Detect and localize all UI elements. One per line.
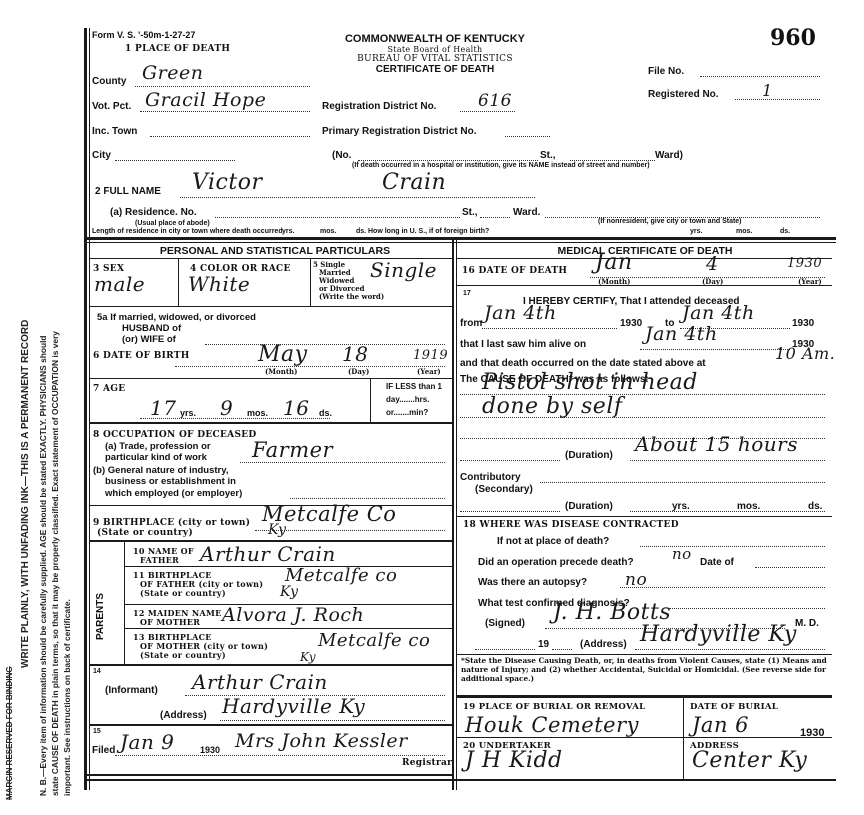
autopsy-field[interactable] <box>620 587 825 588</box>
foreign-birth-label: How long in U. S., if of foreign birth? <box>368 228 489 235</box>
physician-address-label: (Address) <box>580 639 627 650</box>
registrar-value: Mrs John Kessler <box>235 730 408 752</box>
file-no-field[interactable] <box>700 76 820 77</box>
cause-line2: done by self <box>482 394 623 419</box>
occurred-label: and that death occurred on the date stat… <box>460 358 706 369</box>
length-mos-label: mos. <box>320 228 336 235</box>
operation-label: Did an operation precede death? <box>478 557 634 568</box>
father-bp-city: Metcalfe co <box>285 565 397 586</box>
occurred-time: 10 Am. <box>775 344 835 363</box>
mother-value: Alvora J. Roch <box>222 604 364 626</box>
autopsy-label: Was there an autopsy? <box>478 577 587 588</box>
spouse-label-1: 5a If married, widowed, or divorced <box>97 312 256 323</box>
md-label: M. D. <box>795 618 819 629</box>
registered-no-label: Registered No. <box>648 89 719 100</box>
cause-line1: Pistol shot in head <box>482 370 698 395</box>
commonwealth-heading: COMMONWEALTH OF KENTUCKY <box>320 33 550 45</box>
registered-no-field[interactable] <box>735 99 820 100</box>
age-yrs: 17 <box>150 396 176 420</box>
county-label: County <box>92 76 126 87</box>
informant-value: Arthur Crain <box>192 670 328 694</box>
certificate-title: CERTIFICATE OF DEATH <box>320 64 550 75</box>
race-value: White <box>188 272 250 296</box>
inc-town-label: Inc. Town <box>92 126 137 137</box>
residence-st-label: St., <box>462 207 478 218</box>
test-field[interactable] <box>670 608 825 609</box>
dod-year: 1930 <box>787 256 822 271</box>
margin-reserved-text: MARGIN RESERVED FOR BINDING <box>5 666 14 800</box>
birthplace-field[interactable] <box>255 530 445 531</box>
dob-field[interactable] <box>175 366 445 367</box>
last-saw-label: that I last saw him alive on <box>460 339 586 350</box>
primary-reg-field[interactable] <box>505 136 550 137</box>
city-label: City <box>92 150 111 161</box>
secondary-label: (Secondary) <box>475 484 533 495</box>
hospital-note: (If death occurred in a hospital or inst… <box>352 162 650 169</box>
father-label-2: FATHER <box>140 555 179 565</box>
dob-month: May <box>258 342 308 367</box>
from-label: from <box>460 318 482 329</box>
operation-value: no <box>672 545 692 563</box>
birthplace-label-1: 9 BIRTHPLACE (city or town) <box>93 518 250 528</box>
year-prefix: 19 <box>538 639 549 650</box>
dob-year: 1919 <box>413 348 448 363</box>
from-year: 1930 <box>620 318 642 329</box>
duration2-yrs-label: yrs. <box>672 501 690 512</box>
spouse-label-3: (or) WIFE of <box>122 334 176 345</box>
margin-note-line2: state CAUSE OF DEATH in plain terms, so … <box>50 331 60 796</box>
from-value: Jan 4th <box>484 302 557 324</box>
undertaker-address-value: Center Ky <box>692 748 807 773</box>
filed-num: 15 <box>93 728 101 735</box>
parents-label: PARENTS <box>95 593 106 640</box>
residence-ward-label: Ward. <box>513 207 540 218</box>
reg-district-field[interactable] <box>460 111 515 112</box>
margin-note-line3: important. See instructions on back of c… <box>62 599 72 796</box>
full-name-last: Crain <box>382 170 446 195</box>
certificate-number: 960 <box>770 25 816 51</box>
industry-label-3: which employed (or employer) <box>105 488 242 499</box>
duration2-mos-label: mos. <box>737 501 760 512</box>
informant-num: 14 <box>93 668 101 675</box>
age-ds: 16 <box>283 396 309 420</box>
undertaker-value: J H Kidd <box>465 748 563 773</box>
mother-bp-label-3: (State or country) <box>140 650 226 660</box>
disease-footnote: *State the Disease Causing Death, or, in… <box>461 656 831 683</box>
vot-pct-value: Gracil Hope <box>145 89 266 111</box>
medical-section-title: MEDICAL CERTIFICATE OF DEATH <box>460 245 830 257</box>
trade-label-1: (a) Trade, profession or <box>105 441 211 452</box>
age-yrs-label: yrs. <box>180 408 196 418</box>
occupation-label: 8 OCCUPATION OF DECEASED <box>93 430 257 440</box>
age-mos: 9 <box>220 396 233 420</box>
margin-write-plainly-text: WRITE PLAINLY, WITH UNFADING INK—THIS IS… <box>20 320 31 668</box>
st-label: St., <box>540 150 556 161</box>
dod-month: Jan <box>595 250 633 275</box>
bureau-heading: BUREAU OF VITAL STATISTICS <box>320 54 550 64</box>
item17-num: 17 <box>463 290 471 297</box>
trade-field[interactable] <box>240 462 445 463</box>
marital-label-5: (Write the word) <box>319 292 384 301</box>
dob-label: 6 DATE OF BIRTH <box>93 351 190 361</box>
ward-label: Ward) <box>655 150 683 161</box>
certificate-header: COMMONWEALTH OF KENTUCKY State Board of … <box>320 33 550 75</box>
physician-address-value: Hardyville Ky <box>640 622 797 647</box>
duration2-field[interactable] <box>630 511 825 512</box>
not-place-label: If not at place of death? <box>497 536 609 547</box>
dod-label: 16 DATE OF DEATH <box>462 266 567 276</box>
father-bp-state: Ky <box>280 584 298 600</box>
length-yrs-label: yrs. <box>282 228 294 235</box>
vot-pct-field[interactable] <box>140 111 310 112</box>
informant-address-label: (Address) <box>160 710 207 721</box>
filed-label: Filed <box>92 745 115 756</box>
to-year: 1930 <box>792 318 814 329</box>
contributory-field[interactable] <box>540 482 825 483</box>
filed-year: 1930 <box>200 745 220 755</box>
primary-reg-label: Primary Registration District No. <box>322 126 476 137</box>
full-name-label: 2 FULL NAME <box>95 186 161 197</box>
date-of-label: Date of <box>700 557 734 568</box>
no-label: (No. <box>332 150 351 161</box>
day-hrs-label: day.......hrs. <box>386 395 429 404</box>
father-value: Arthur Crain <box>200 542 336 566</box>
vot-pct-label: Vot. Pct. <box>92 101 131 112</box>
burial-place-label: 19 PLACE OF BURIAL OR REMOVAL <box>463 702 645 712</box>
length-residence-label: Length of residence in city or town wher… <box>92 228 283 235</box>
mother-bp-city: Metcalfe co <box>318 630 430 651</box>
dob-year-caption: (Year) <box>417 367 441 376</box>
section-divider <box>84 237 836 240</box>
where-contracted-label: 18 WHERE WAS DISEASE CONTRACTED <box>463 520 679 530</box>
or-min-label: or.......min? <box>386 408 428 417</box>
registrar-label: Registrar <box>402 758 452 768</box>
date-of-field[interactable] <box>755 567 825 568</box>
foreign-mos-label: mos. <box>736 228 752 235</box>
street-no-field[interactable] <box>358 160 538 161</box>
informant-address-value: Hardyville Ky <box>222 694 365 718</box>
foreign-ds-label: ds. <box>780 228 790 235</box>
last-saw-value: Jan 4th <box>645 323 718 345</box>
burial-date-label: DATE OF BURIAL <box>690 702 778 712</box>
nonresident-note: (If nonresident, give city or town and S… <box>598 218 742 225</box>
ward-field[interactable] <box>570 160 655 161</box>
burial-place-value: Houk Cemetery <box>465 713 639 737</box>
form-code: Form V. S. '-50m-1-27-27 <box>92 30 195 40</box>
not-place-field[interactable] <box>640 546 825 547</box>
trade-value: Farmer <box>252 438 333 462</box>
usual-abode-note: (Usual place of abode) <box>135 220 210 227</box>
spouse-label-2: HUSBAND of <box>122 323 181 334</box>
last-saw-field[interactable] <box>640 349 790 350</box>
full-name-field[interactable] <box>180 197 535 198</box>
residence-label: (a) Residence. No. <box>110 207 197 218</box>
age-label: 7 AGE <box>93 384 125 394</box>
sex-value: male <box>94 272 145 296</box>
dod-day: 4 <box>706 253 719 275</box>
registered-no-value: 1 <box>762 81 773 100</box>
left-border <box>84 28 87 790</box>
from-field[interactable] <box>482 328 617 329</box>
age-ds-label: ds. <box>319 408 332 418</box>
board-heading: State Board of Health <box>320 45 550 54</box>
column-divider <box>452 240 454 790</box>
marital-value: Single <box>370 258 437 282</box>
foreign-yrs-label: yrs. <box>690 228 702 235</box>
birthplace-label-2: (State or country) <box>97 528 193 538</box>
duration2-ds-label: ds. <box>808 501 822 512</box>
industry-label-1: (b) General nature of industry, <box>93 465 228 476</box>
industry-field[interactable] <box>290 498 445 499</box>
duration-value: About 15 hours <box>635 432 798 456</box>
father-bp-label-3: (State or country) <box>140 588 226 598</box>
place-of-death-heading: 1 PLACE OF DEATH <box>125 44 230 54</box>
informant-label: (Informant) <box>105 685 158 696</box>
reg-district-value: 616 <box>478 91 512 111</box>
file-no-label: File No. <box>648 66 684 77</box>
duration-field[interactable] <box>630 460 825 461</box>
informant-address-field[interactable] <box>220 720 445 721</box>
residence-no-field[interactable] <box>215 217 460 218</box>
filed-field[interactable] <box>115 755 445 756</box>
less-than-label: IF LESS than 1 <box>386 382 442 391</box>
age-field[interactable] <box>140 418 330 419</box>
personal-section-title: PERSONAL AND STATISTICAL PARTICULARS <box>110 245 440 257</box>
duration-label: (Duration) <box>565 450 613 461</box>
mother-label-2: OF MOTHER <box>140 617 200 627</box>
city-field[interactable] <box>115 160 235 161</box>
duration2-label: (Duration) <box>565 501 613 512</box>
dob-day-caption: (Day) <box>348 367 369 376</box>
physician-address-field[interactable] <box>635 649 825 650</box>
inc-town-field[interactable] <box>150 136 310 137</box>
spouse-field[interactable] <box>205 344 445 345</box>
to-value: Jan 4th <box>682 302 755 324</box>
length-ds-label: ds. <box>356 228 366 235</box>
dob-day: 18 <box>342 342 368 366</box>
full-name-first: Victor <box>192 170 262 195</box>
signed-label: (Signed) <box>485 618 525 629</box>
filed-date: Jan 9 <box>120 730 174 754</box>
autopsy-value: no <box>625 570 647 590</box>
industry-label-2: business or establishment in <box>105 476 236 487</box>
margin-note-line1: N. B.—Every item of information should b… <box>38 335 48 796</box>
reg-district-label: Registration District No. <box>322 101 436 112</box>
trade-label-2: particular kind of work <box>105 452 207 463</box>
contributory-label: Contributory <box>460 472 521 483</box>
county-field[interactable] <box>135 86 310 87</box>
age-mos-label: mos. <box>247 408 268 418</box>
county-value: Green <box>142 62 204 84</box>
dob-month-caption: (Month) <box>265 367 297 376</box>
burial-date-value: Jan 6 <box>692 713 749 737</box>
mother-bp-state: Ky <box>300 650 316 664</box>
